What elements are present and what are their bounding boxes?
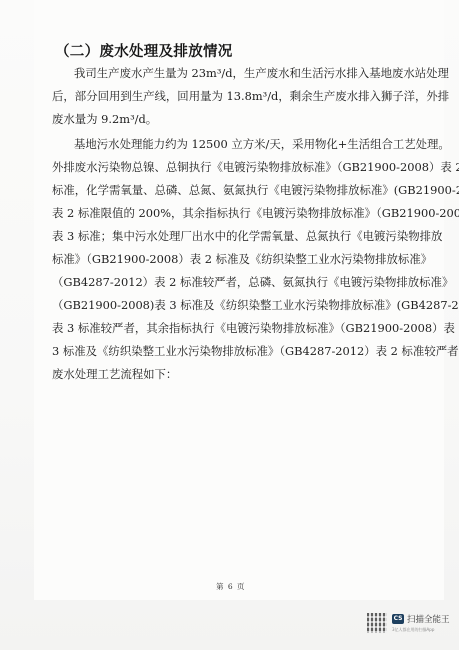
paragraph2-line: 基地污水处理能力约为 12500 立方米/天，采用物化+生活组合工艺处理。 <box>74 137 434 151</box>
page-number: 第 6 页 <box>216 581 246 592</box>
paragraph2-line: 外排废水污染物总镍、总铜执行《电镀污染物排放标准》（GB21900-2008）表… <box>52 160 412 174</box>
paragraph1-line: 废水量为 9.2m³/d。 <box>52 112 412 126</box>
paragraph2-line: 表 2 标准限值的 200%，其余指标执行《电镀污染物排放标准》（GB21900… <box>52 206 412 220</box>
paragraph2-line: 3 标准及《纺织染整工业水污染物排放标准》（GB4287-2012）表 2 标准… <box>52 344 412 358</box>
paragraph2-line: （GB4287-2012）表 2 标准较严者，总磷、氨氮执行《电镀污染物排放标准… <box>52 275 412 289</box>
section-heading: （二）废水处理及排放情况 <box>55 40 233 61</box>
paragraph2-line: 表 3 标准；集中污水处理厂出水中的化学需氧量、总氮执行《电镀污染物排放 <box>52 229 412 243</box>
paragraph2-line: 表 3 标准较严者，其余指标执行《电镀污染物排放标准》（GB21900-2008… <box>52 321 412 335</box>
cs-logo-icon: CS <box>392 614 404 624</box>
paragraph2-line: 标准》（GB21900-2008）表 2 标准及《纺织染整工业水污染物排放标准》 <box>52 252 412 266</box>
scanned-page: （二）废水处理及排放情况 我司生产废水产生量为 23m³/d，生产废水和生活污水… <box>0 0 459 650</box>
paragraph1-line: 后，部分回用到生产线，回用量为 13.8m³/d，剩余生产废水排入狮子洋，外排 <box>52 89 412 103</box>
watermark-app-name: 扫描全能王 <box>407 613 450 625</box>
watermark-tagline: 3亿人都在用的扫描App <box>392 627 434 633</box>
paragraph2-line: 废水处理工艺流程如下： <box>52 367 412 381</box>
qr-code-icon <box>367 613 387 633</box>
camscanner-watermark: CS 扫描全能王 3亿人都在用的扫描App <box>367 613 457 643</box>
paragraph1-line: 我司生产废水产生量为 23m³/d，生产废水和生活污水排入基地废水站处理 <box>74 66 434 80</box>
paragraph2-line: （GB21900-2008)表 3 标准及《纺织染整工业水污染物排放标准》(GB… <box>52 298 412 312</box>
paragraph2-line: 标准，化学需氧量、总磷、总氮、氨氮执行《电镀污染物排放标准》(GB21900-2… <box>52 183 412 197</box>
